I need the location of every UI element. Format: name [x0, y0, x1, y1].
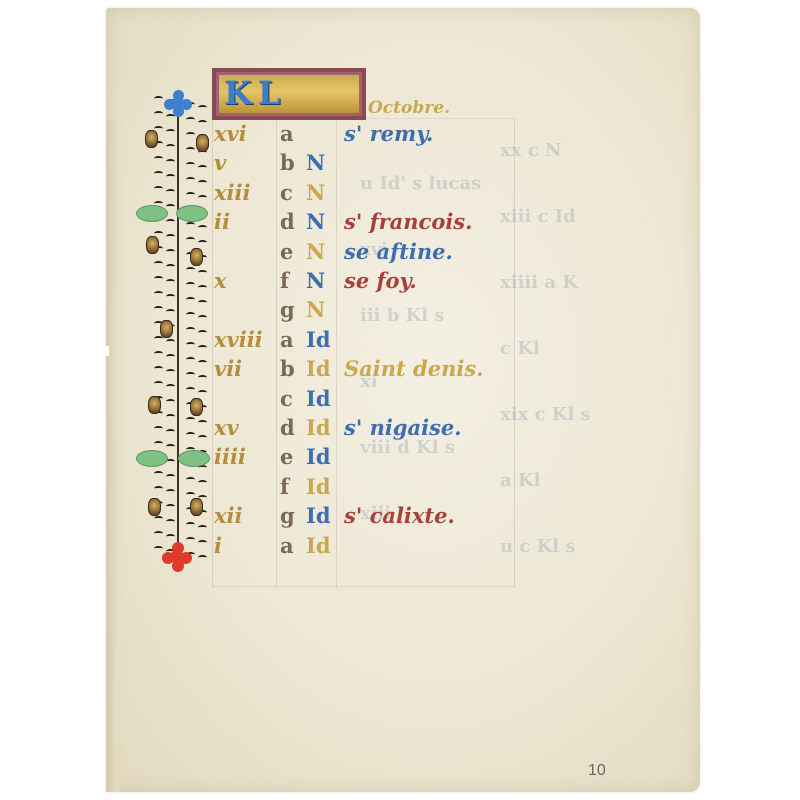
- calendar-row: gN: [214, 296, 514, 323]
- calendar-row: iiiieId: [214, 443, 514, 470]
- tendril: [186, 177, 195, 182]
- kalends-mark: N: [306, 208, 325, 235]
- tendril: [166, 444, 175, 449]
- dominical-letter: d: [280, 414, 295, 441]
- tendril: [186, 267, 195, 272]
- calendar-row: iidNs' francois.: [214, 208, 514, 235]
- tendril: [186, 357, 195, 362]
- dominical-letter: c: [280, 385, 293, 412]
- tendril: [198, 165, 207, 170]
- dominical-letter: d: [280, 208, 295, 235]
- tendril: [166, 279, 175, 284]
- tendril: [198, 195, 207, 200]
- tendril: [166, 474, 175, 479]
- tendril: [186, 297, 195, 302]
- calendar-row: cId: [214, 385, 514, 412]
- dominical-letter: c: [280, 179, 293, 206]
- golden-number: iiii: [214, 443, 246, 470]
- golden-number: i: [214, 532, 222, 559]
- calendar-row: xviiiaId: [214, 326, 514, 353]
- tendril: [154, 231, 163, 236]
- tendril: [198, 525, 207, 530]
- ruling-line: [212, 118, 213, 588]
- tendril: [166, 504, 175, 509]
- tendril: [166, 414, 175, 419]
- kalends-mark: Id: [306, 385, 331, 412]
- tendril: [186, 132, 195, 137]
- tendril: [186, 192, 195, 197]
- kalends-mark: N: [306, 149, 325, 176]
- tendril: [154, 351, 163, 356]
- tendril: [166, 144, 175, 149]
- kalends-mark: Id: [306, 502, 331, 529]
- saint-feast: s' nigaise.: [344, 414, 462, 441]
- calendar-row: eNse aftine.: [214, 238, 514, 265]
- golden-number: v: [214, 149, 226, 176]
- tendril: [166, 399, 175, 404]
- tendril: [154, 366, 163, 371]
- tendril: [198, 345, 207, 350]
- tendril: [198, 120, 207, 125]
- kalends-mark: Id: [306, 532, 331, 559]
- tendril: [186, 492, 195, 497]
- calendar-row: xiiicN: [214, 179, 514, 206]
- tendril: [166, 369, 175, 374]
- golden-number: xvi: [214, 120, 247, 147]
- kalends-mark: Id: [306, 443, 331, 470]
- kalends-mark: Id: [306, 355, 331, 382]
- tendril: [198, 540, 207, 545]
- tendril: [166, 519, 175, 524]
- golden-number: xii: [214, 502, 242, 529]
- tendril: [154, 306, 163, 311]
- berry-icon: [148, 396, 161, 414]
- dominical-letter: f: [280, 473, 289, 500]
- illuminated-initial: KL: [212, 68, 366, 120]
- dominical-letter: f: [280, 267, 289, 294]
- tendril: [198, 240, 207, 245]
- tendril: [154, 96, 163, 101]
- tendril: [198, 480, 207, 485]
- tendril: [166, 294, 175, 299]
- tendril: [154, 171, 163, 176]
- golden-number: x: [214, 267, 227, 294]
- calendar-row: xvias' remy.: [214, 120, 514, 147]
- kalends-mark: Id: [306, 414, 331, 441]
- calendar-row: xvdIds' nigaise.: [214, 414, 514, 441]
- tendril: [166, 204, 175, 209]
- berry-icon: [145, 130, 158, 148]
- kalends-mark: N: [306, 179, 325, 206]
- tendril: [198, 270, 207, 275]
- tendril: [166, 129, 175, 134]
- tendril: [154, 486, 163, 491]
- saint-feast: s' remy.: [344, 120, 433, 147]
- golden-number: xviii: [214, 326, 263, 353]
- tendril: [198, 555, 207, 560]
- golden-number: xv: [214, 414, 239, 441]
- tendril: [198, 420, 207, 425]
- kalends-mark: Id: [306, 473, 331, 500]
- tendril: [166, 534, 175, 539]
- leaf-icon: [178, 450, 210, 467]
- tendril: [186, 147, 195, 152]
- calendar-row: xiigIds' calixte.: [214, 502, 514, 529]
- tendril: [198, 390, 207, 395]
- kalends-mark: Id: [306, 326, 331, 353]
- tendril: [186, 237, 195, 242]
- calendar-row: xfNse foy.: [214, 267, 514, 294]
- saint-feast: se aftine.: [344, 238, 453, 265]
- dominical-letter: g: [280, 296, 295, 323]
- berry-icon: [146, 236, 159, 254]
- tendril: [166, 309, 175, 314]
- tendril: [198, 375, 207, 380]
- dominical-letter: g: [280, 502, 295, 529]
- dominical-letter: a: [280, 326, 294, 353]
- dominical-letter: b: [280, 149, 295, 176]
- tendril: [154, 471, 163, 476]
- tendril: [166, 429, 175, 434]
- calendar-row: fId: [214, 473, 514, 500]
- tendril: [186, 417, 195, 422]
- tendril: [166, 384, 175, 389]
- tendril: [186, 372, 195, 377]
- tendril: [198, 435, 207, 440]
- blue-flower-icon: [164, 90, 192, 118]
- tendril: [186, 162, 195, 167]
- saint-feast: s' calixte.: [344, 502, 455, 529]
- tendril: [198, 360, 207, 365]
- tendril: [166, 339, 175, 344]
- dominical-letter: b: [280, 355, 295, 382]
- tendril: [166, 489, 175, 494]
- tendril: [198, 330, 207, 335]
- tendril: [198, 315, 207, 320]
- tendril: [154, 441, 163, 446]
- folio-number: 10: [588, 762, 606, 780]
- tendril: [198, 300, 207, 305]
- tendril: [186, 387, 195, 392]
- tendril: [154, 426, 163, 431]
- vine-stem: [177, 108, 179, 563]
- dominical-letter: a: [280, 532, 294, 559]
- floral-border: [148, 88, 208, 580]
- page-notch: [103, 346, 109, 356]
- berry-icon: [190, 498, 203, 516]
- tendril: [166, 174, 175, 179]
- tendril: [186, 522, 195, 527]
- berry-icon: [196, 134, 209, 152]
- berry-icon: [148, 498, 161, 516]
- saint-feast: Saint denis.: [344, 355, 483, 382]
- tendril: [166, 219, 175, 224]
- tendril: [166, 234, 175, 239]
- kalends-mark: N: [306, 267, 325, 294]
- red-flower-icon: [162, 542, 192, 572]
- leaf-gutter-edge: [106, 120, 122, 792]
- tendril: [154, 276, 163, 281]
- leaf-icon: [136, 450, 168, 467]
- calendar-row: vbN: [214, 149, 514, 176]
- tendril: [186, 222, 195, 227]
- kalends-mark: N: [306, 296, 325, 323]
- tendril: [166, 354, 175, 359]
- saint-feast: s' francois.: [344, 208, 472, 235]
- leaf-icon: [136, 205, 168, 222]
- tendril: [154, 531, 163, 536]
- golden-number: vii: [214, 355, 242, 382]
- tendril: [166, 264, 175, 269]
- tendril: [186, 312, 195, 317]
- tendril: [154, 156, 163, 161]
- tendril: [198, 285, 207, 290]
- tendril: [154, 381, 163, 386]
- tendril: [186, 327, 195, 332]
- tendril: [154, 111, 163, 116]
- golden-number: ii: [214, 208, 230, 235]
- leaf-icon: [176, 205, 208, 222]
- berry-icon: [160, 320, 173, 338]
- initial-kl: KL: [224, 74, 286, 112]
- tendril: [198, 180, 207, 185]
- berry-icon: [190, 248, 203, 266]
- tendril: [166, 189, 175, 194]
- tendril: [198, 105, 207, 110]
- tendril: [186, 477, 195, 482]
- kalends-mark: N: [306, 238, 325, 265]
- tendril: [186, 282, 195, 287]
- dominical-letter: e: [280, 238, 293, 265]
- tendril: [186, 342, 195, 347]
- calendar-row: iaId: [214, 532, 514, 559]
- tendril: [166, 249, 175, 254]
- tendril: [154, 186, 163, 191]
- month-heading: Octobre.: [368, 98, 450, 118]
- golden-number: xiii: [214, 179, 250, 206]
- tendril: [186, 432, 195, 437]
- dominical-letter: a: [280, 120, 294, 147]
- calendar-row: viibIdSaint denis.: [214, 355, 514, 382]
- tendril: [154, 516, 163, 521]
- tendril: [154, 291, 163, 296]
- tendril: [154, 261, 163, 266]
- berry-icon: [190, 398, 203, 416]
- saint-feast: se foy.: [344, 267, 417, 294]
- tendril: [198, 225, 207, 230]
- tendril: [166, 159, 175, 164]
- dominical-letter: e: [280, 443, 293, 470]
- ruling-line: [212, 586, 514, 587]
